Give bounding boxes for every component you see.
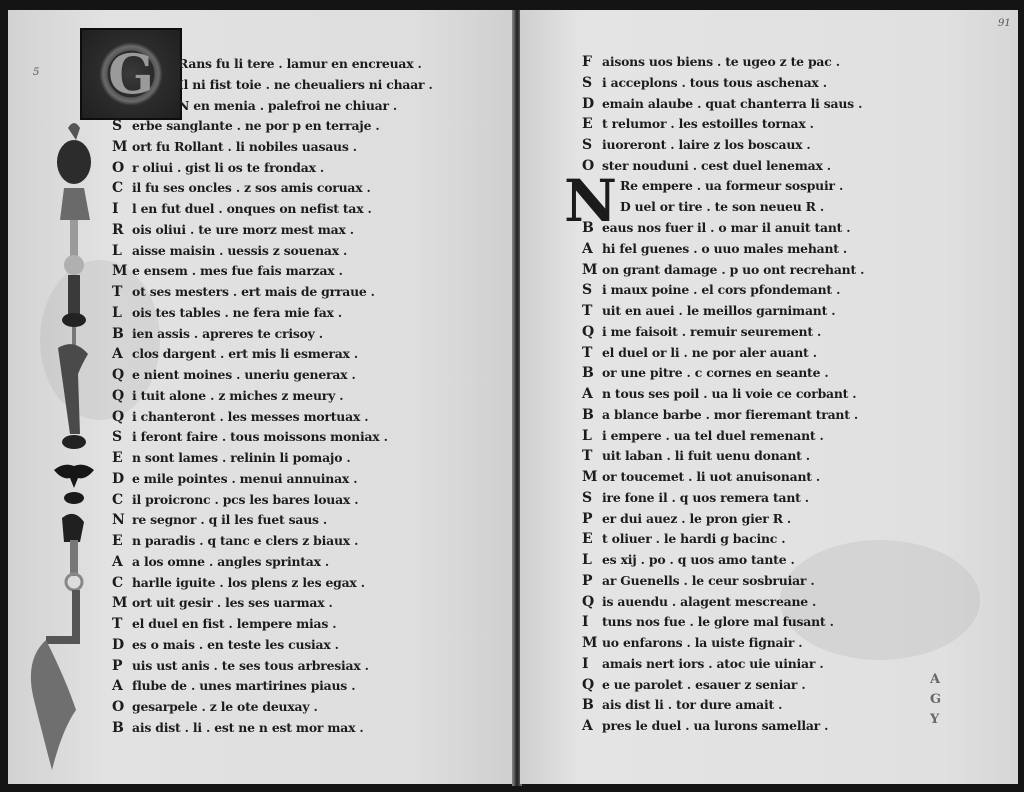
- right-initial-lines: Re empere . ua formeur sospuir . D uel o…: [620, 176, 843, 218]
- text-line: Mon grant damage . p uo ont recrehant .: [582, 260, 864, 281]
- text-line: Apres le duel . ua lurons samellar .: [582, 716, 864, 737]
- text-line: Charlle iguite . los plens z les egax .: [112, 573, 388, 594]
- text-line: Tuit laban . li fuit uenu donant .: [582, 446, 864, 467]
- text-line: Tel duel or li . ne por aler auant .: [582, 343, 864, 364]
- text-line: Aflube de . unes martirines piaus .: [112, 676, 388, 697]
- right-text-column: Beaus nos fuer il . o mar il anuit tant …: [582, 218, 864, 737]
- text-line: Oster nouduni . cest duel lenemax .: [582, 156, 862, 177]
- text-line: Sire fone il . q uos remera tant .: [582, 488, 864, 509]
- text-line: Si maux poine . el cors pfondemant .: [582, 280, 864, 301]
- text-line: Rois oliui . te ure morz mest max .: [112, 220, 388, 241]
- margin-mark: Y: [930, 712, 939, 727]
- right-folio-mark: 91: [998, 18, 1011, 29]
- margin-mark: A: [930, 672, 940, 687]
- text-line: Tuit en auei . le meillos garnimant .: [582, 301, 864, 322]
- text-line: Per dui auez . le pron gier R .: [582, 509, 864, 530]
- text-line: Et oliuer . le hardi g bacinc .: [582, 529, 864, 550]
- text-line: An tous ses poil . ua li voie ce corbant…: [582, 384, 864, 405]
- text-line: Si feront faire . tous moissons moniax .: [112, 427, 388, 448]
- text-line: Laisse maisin . uessis z souenax .: [112, 241, 388, 262]
- text-line: Si acceplons . tous tous aschenax .: [582, 73, 862, 94]
- text-line: Il ni fist toie . ne cheualiers ni chaar…: [178, 75, 433, 96]
- text-line: Me ensem . mes fue fais marzax .: [112, 261, 388, 282]
- illuminated-initial: G: [80, 28, 182, 120]
- text-line: Qi tuit alone . z miches z meury .: [112, 386, 388, 407]
- text-line: Aa los omne . angles sprintax .: [112, 552, 388, 573]
- left-folio-mark: 5: [33, 67, 39, 78]
- text-line: En sont lames . relinin li pomajo .: [112, 448, 388, 469]
- text-line: Mort uit gesir . les ses uarmax .: [112, 593, 388, 614]
- left-text-column: Serbe sanglante . ne por p en terraje . …: [112, 116, 388, 739]
- text-line: Tel duel en fist . lempere mias .: [112, 614, 388, 635]
- text-line: Muo enfarons . la uiste fignair .: [582, 633, 864, 654]
- text-line: Li empere . ua tel duel remenant .: [582, 426, 864, 447]
- text-line: Mor toucemet . li uot anuisonant .: [582, 467, 864, 488]
- margin-mark: G: [930, 692, 941, 707]
- text-line: Nre segnor . q il les fuet saus .: [112, 510, 388, 531]
- text-line: Qi me faisoit . remuir seurement .: [582, 322, 864, 343]
- text-line: Beaus nos fuer il . o mar il anuit tant …: [582, 218, 864, 239]
- text-line: Iamais nert iors . atoc uie uiniar .: [582, 654, 864, 675]
- text-line: Ba blance barbe . mor fieremant trant .: [582, 405, 864, 426]
- text-line: Et relumor . les estoilles tornax .: [582, 114, 862, 135]
- text-line: Tot ses mesters . ert mais de grraue .: [112, 282, 388, 303]
- manuscript-spread: 5 91 G Rans fu li tere . lamur en encreu…: [0, 0, 1024, 792]
- text-line: Qe ue parolet . esauer z seniar .: [582, 675, 864, 696]
- text-line: Cil proicronc . pcs les bares louax .: [112, 490, 388, 511]
- text-line: Puis ust anis . te ses tous arbresiax .: [112, 656, 388, 677]
- text-line: Des o mais . en teste les cusiax .: [112, 635, 388, 656]
- text-line: Qis auendu . alagent mescreane .: [582, 592, 864, 613]
- text-line: Par Guenells . le ceur sosbruiar .: [582, 571, 864, 592]
- text-line: En paradis . q tanc e clers z biaux .: [112, 531, 388, 552]
- text-line: Ituns nos fue . le glore mal fusant .: [582, 612, 864, 633]
- text-line: Bais dist . li . est ne n est mor max .: [112, 718, 388, 739]
- text-line: Il en fut duel . onques on nefist tax .: [112, 199, 388, 220]
- text-line: Aclos dargent . ert mis li esmerax .: [112, 344, 388, 365]
- text-line: Faisons uos biens . te ugeo z te pac .: [582, 52, 862, 73]
- left-opening-lines: Rans fu li tere . lamur en encreuax . Il…: [178, 54, 433, 116]
- text-line: Qi chanteront . les messes mortuax .: [112, 407, 388, 428]
- text-line: Mort fu Rollant . li nobiles uasaus .: [112, 137, 388, 158]
- text-line: Ahi fel guenes . o uuo males mehant .: [582, 239, 864, 260]
- text-line: D uel or tire . te son neueu R .: [620, 197, 843, 218]
- text-line: Lois tes tables . ne fera mie fax .: [112, 303, 388, 324]
- text-line: N en menia . palefroi ne chiuar .: [178, 96, 433, 117]
- text-line: Cil fu ses oncles . z sos amis coruax .: [112, 178, 388, 199]
- text-line: Siuoreront . laire z los boscaux .: [582, 135, 862, 156]
- text-line: Bor une pitre . c cornes en seante .: [582, 363, 864, 384]
- text-line: Rans fu li tere . lamur en encreuax .: [178, 54, 433, 75]
- text-line: Les xij . po . q uos amo tante .: [582, 550, 864, 571]
- right-text-column-top: Faisons uos biens . te ugeo z te pac . S…: [582, 52, 862, 177]
- text-line: Bais dist li . tor dure amait .: [582, 695, 864, 716]
- text-line: Serbe sanglante . ne por p en terraje .: [112, 116, 388, 137]
- illuminated-initial-letter: G: [82, 30, 180, 118]
- decorative-border-icon: [24, 120, 96, 770]
- text-line: Or oliui . gist li os te frondax .: [112, 158, 388, 179]
- text-line: De mile pointes . menui annuinax .: [112, 469, 388, 490]
- text-line: Demain alaube . quat chanterra li saus .: [582, 94, 862, 115]
- text-line: Ogesarpele . z le ote deuxay .: [112, 697, 388, 718]
- text-line: Bien assis . apreres te crisoy .: [112, 324, 388, 345]
- text-line: Qe nient moines . uneriu generax .: [112, 365, 388, 386]
- text-line: Re empere . ua formeur sospuir .: [620, 176, 843, 197]
